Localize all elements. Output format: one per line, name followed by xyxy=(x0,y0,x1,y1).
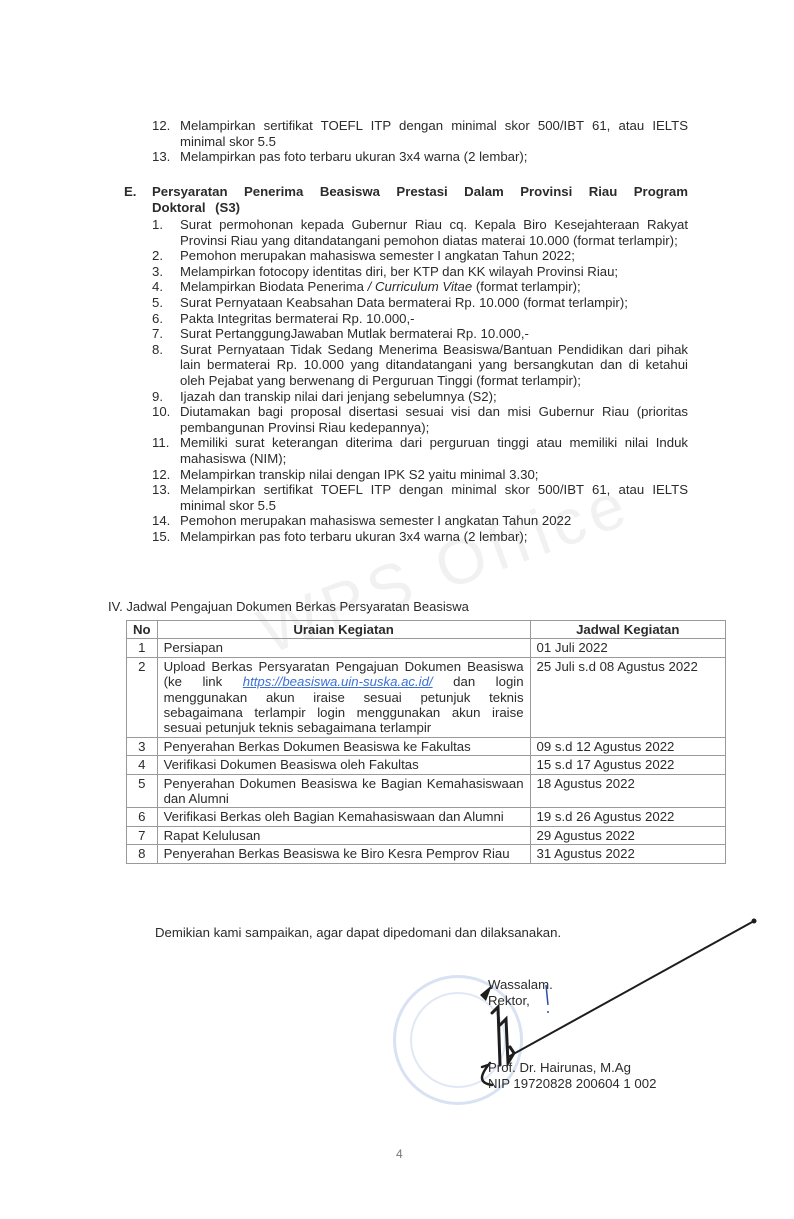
list-number: 11. xyxy=(152,435,169,451)
row-no: 5 xyxy=(127,774,158,808)
list-text: Surat Pernyataan Tidak Sedang Menerima B… xyxy=(180,342,688,388)
list-item: 14.Pemohon merupakan mahasiswa semester … xyxy=(152,513,688,529)
list-text: Pemohon merupakan mahasiswa semester I a… xyxy=(180,513,571,528)
row-date: 01 Juli 2022 xyxy=(530,639,725,657)
list-item: 5.Surat Pernyataan Keabsahan Data bermat… xyxy=(152,295,688,311)
table-row: 3 Penyerahan Berkas Dokumen Beasiswa ke … xyxy=(127,737,726,755)
row-activity: Upload Berkas Persyaratan Pengajuan Doku… xyxy=(157,657,530,737)
row-no: 6 xyxy=(127,808,158,826)
row-activity: Penyerahan Berkas Beasiswa ke Biro Kesra… xyxy=(157,845,530,863)
list-item: 13.Melampirkan sertifikat TOEFL ITP deng… xyxy=(152,482,688,513)
header-activity: Uraian Kegiatan xyxy=(157,621,530,639)
row-activity: Persiapan xyxy=(157,639,530,657)
list-item: 12.Melampirkan transkip nilai dengan IPK… xyxy=(152,467,688,483)
list-number: 5. xyxy=(152,295,163,311)
list-number: 13. xyxy=(152,482,170,498)
list-text: Memiliki surat keterangan diterima dari … xyxy=(180,435,688,466)
list-text: Pemohon merupakan mahasiswa semester I a… xyxy=(180,248,575,263)
row-date: 31 Agustus 2022 xyxy=(530,845,725,863)
list-number: 9. xyxy=(152,389,163,405)
row-activity: Rapat Kelulusan xyxy=(157,826,530,844)
list-number: 3. xyxy=(152,264,163,280)
list-number: 12. xyxy=(152,118,170,134)
list-item: 2.Pemohon merupakan mahasiswa semester I… xyxy=(152,248,688,264)
table-row: 8 Penyerahan Berkas Beasiswa ke Biro Kes… xyxy=(127,845,726,863)
list-number: 12. xyxy=(152,467,170,483)
list-item: 7.Surat PertanggungJawaban Mutlak bermat… xyxy=(152,326,688,342)
row-no: 7 xyxy=(127,826,158,844)
list-item: 15.Melampirkan pas foto terbaru ukuran 3… xyxy=(152,529,688,545)
list-item: 1.Surat permohonan kepada Gubernur Riau … xyxy=(152,217,688,248)
table-row: 7 Rapat Kelulusan 29 Agustus 2022 xyxy=(127,826,726,844)
row-date: 15 s.d 17 Agustus 2022 xyxy=(530,756,725,774)
list-text: (format terlampir); xyxy=(472,279,580,294)
list-number: 6. xyxy=(152,311,163,327)
table-row: 6 Verifikasi Berkas oleh Bagian Kemahasi… xyxy=(127,808,726,826)
section-letter: E. xyxy=(124,184,136,200)
table-row: 2 Upload Berkas Persyaratan Pengajuan Do… xyxy=(127,657,726,737)
page-number: 4 xyxy=(396,1147,403,1163)
signatory-nip: NIP 19720828 200604 1 002 xyxy=(488,1076,656,1092)
beasiswa-link[interactable]: https://beasiswa.uin-suska.ac.id/ xyxy=(243,674,433,689)
list-text: Melampirkan pas foto terbaru ukuran 3x4 … xyxy=(180,149,527,164)
list-number: 7. xyxy=(152,326,163,342)
list-text: Diutamakan bagi proposal disertasi sesua… xyxy=(180,404,688,435)
list-item: 4.Melampirkan Biodata Penerima / Curricu… xyxy=(152,279,688,295)
list-number: 10. xyxy=(152,404,170,420)
signatory-name: Prof. Dr. Hairunas, M.Ag xyxy=(488,1060,656,1076)
top-requirements-list: 12. Melampirkan sertifikat TOEFL ITP den… xyxy=(152,118,688,165)
list-number: 14. xyxy=(152,513,170,529)
table-header-row: No Uraian Kegiatan Jadwal Kegiatan xyxy=(127,621,726,639)
list-text: Melampirkan sertifikat TOEFL ITP dengan … xyxy=(180,118,688,149)
list-text: Melampirkan pas foto terbaru ukuran 3x4 … xyxy=(180,529,527,544)
signature-block: Wassalam. Rektor, Prof. Dr. Hairunas, M.… xyxy=(488,977,656,1092)
table-row: 5 Penyerahan Dokumen Beasiswa ke Bagian … xyxy=(127,774,726,808)
list-text-italic: / Curriculum Vitae xyxy=(368,279,473,294)
list-item: 11.Memiliki surat keterangan diterima da… xyxy=(152,435,688,466)
list-text: Melampirkan fotocopy identitas diri, ber… xyxy=(180,264,618,279)
list-number: 13. xyxy=(152,149,170,165)
list-item: 9.Ijazah dan transkip nilai dari jenjang… xyxy=(152,389,688,405)
row-date: 09 s.d 12 Agustus 2022 xyxy=(530,737,725,755)
row-activity: Verifikasi Dokumen Beasiswa oleh Fakulta… xyxy=(157,756,530,774)
row-no: 3 xyxy=(127,737,158,755)
section-e-requirements-list: 1.Surat permohonan kepada Gubernur Riau … xyxy=(152,217,688,544)
list-item: 10.Diutamakan bagi proposal disertasi se… xyxy=(152,404,688,435)
schedule-table: No Uraian Kegiatan Jadwal Kegiatan 1 Per… xyxy=(126,620,726,864)
list-text: Surat Pernyataan Keabsahan Data bermater… xyxy=(180,295,628,310)
row-date: 29 Agustus 2022 xyxy=(530,826,725,844)
list-text: Melampirkan sertifikat TOEFL ITP dengan … xyxy=(180,482,688,513)
signature-greeting: Wassalam. xyxy=(488,977,656,993)
list-text: Surat PertanggungJawaban Mutlak bermater… xyxy=(180,326,529,341)
list-text: Pakta Integritas bermaterai Rp. 10.000,- xyxy=(180,311,415,326)
list-text: Ijazah dan transkip nilai dari jenjang s… xyxy=(180,389,497,404)
list-number: 8. xyxy=(152,342,163,358)
list-item: 13. Melampirkan pas foto terbaru ukuran … xyxy=(152,149,688,165)
list-item: 3.Melampirkan fotocopy identitas diri, b… xyxy=(152,264,688,280)
list-item: 6.Pakta Integritas bermaterai Rp. 10.000… xyxy=(152,311,688,327)
list-item: 8.Surat Pernyataan Tidak Sedang Menerima… xyxy=(152,342,688,389)
row-activity: Verifikasi Berkas oleh Bagian Kemahasisw… xyxy=(157,808,530,826)
row-date: 25 Juli s.d 08 Agustus 2022 xyxy=(530,657,725,737)
list-text: Melampirkan transkip nilai dengan IPK S2… xyxy=(180,467,538,482)
row-no: 1 xyxy=(127,639,158,657)
section-e-heading: E. Persyaratan Penerima Beasiswa Prestas… xyxy=(124,184,688,215)
list-item: 12. Melampirkan sertifikat TOEFL ITP den… xyxy=(152,118,688,149)
list-number: 1. xyxy=(152,217,163,233)
row-no: 2 xyxy=(127,657,158,737)
row-date: 18 Agustus 2022 xyxy=(530,774,725,808)
header-no: No xyxy=(127,621,158,639)
header-schedule: Jadwal Kegiatan xyxy=(530,621,725,639)
list-number: 15. xyxy=(152,529,170,545)
table-row: 4 Verifikasi Dokumen Beasiswa oleh Fakul… xyxy=(127,756,726,774)
signature-position: Rektor, xyxy=(488,993,656,1009)
list-number: 2. xyxy=(152,248,163,264)
row-activity: Penyerahan Dokumen Beasiswa ke Bagian Ke… xyxy=(157,774,530,808)
table-row: 1 Persiapan 01 Juli 2022 xyxy=(127,639,726,657)
section-iv-title: IV. Jadwal Pengajuan Dokumen Berkas Pers… xyxy=(108,599,469,615)
list-number: 4. xyxy=(152,279,163,295)
row-activity: Penyerahan Berkas Dokumen Beasiswa ke Fa… xyxy=(157,737,530,755)
section-title: Persyaratan Penerima Beasiswa Prestasi D… xyxy=(152,184,688,215)
list-text: Surat permohonan kepada Gubernur Riau cq… xyxy=(180,217,688,248)
row-no: 4 xyxy=(127,756,158,774)
row-no: 8 xyxy=(127,845,158,863)
list-text: Melampirkan Biodata Penerima xyxy=(180,279,368,294)
row-date: 19 s.d 26 Agustus 2022 xyxy=(530,808,725,826)
